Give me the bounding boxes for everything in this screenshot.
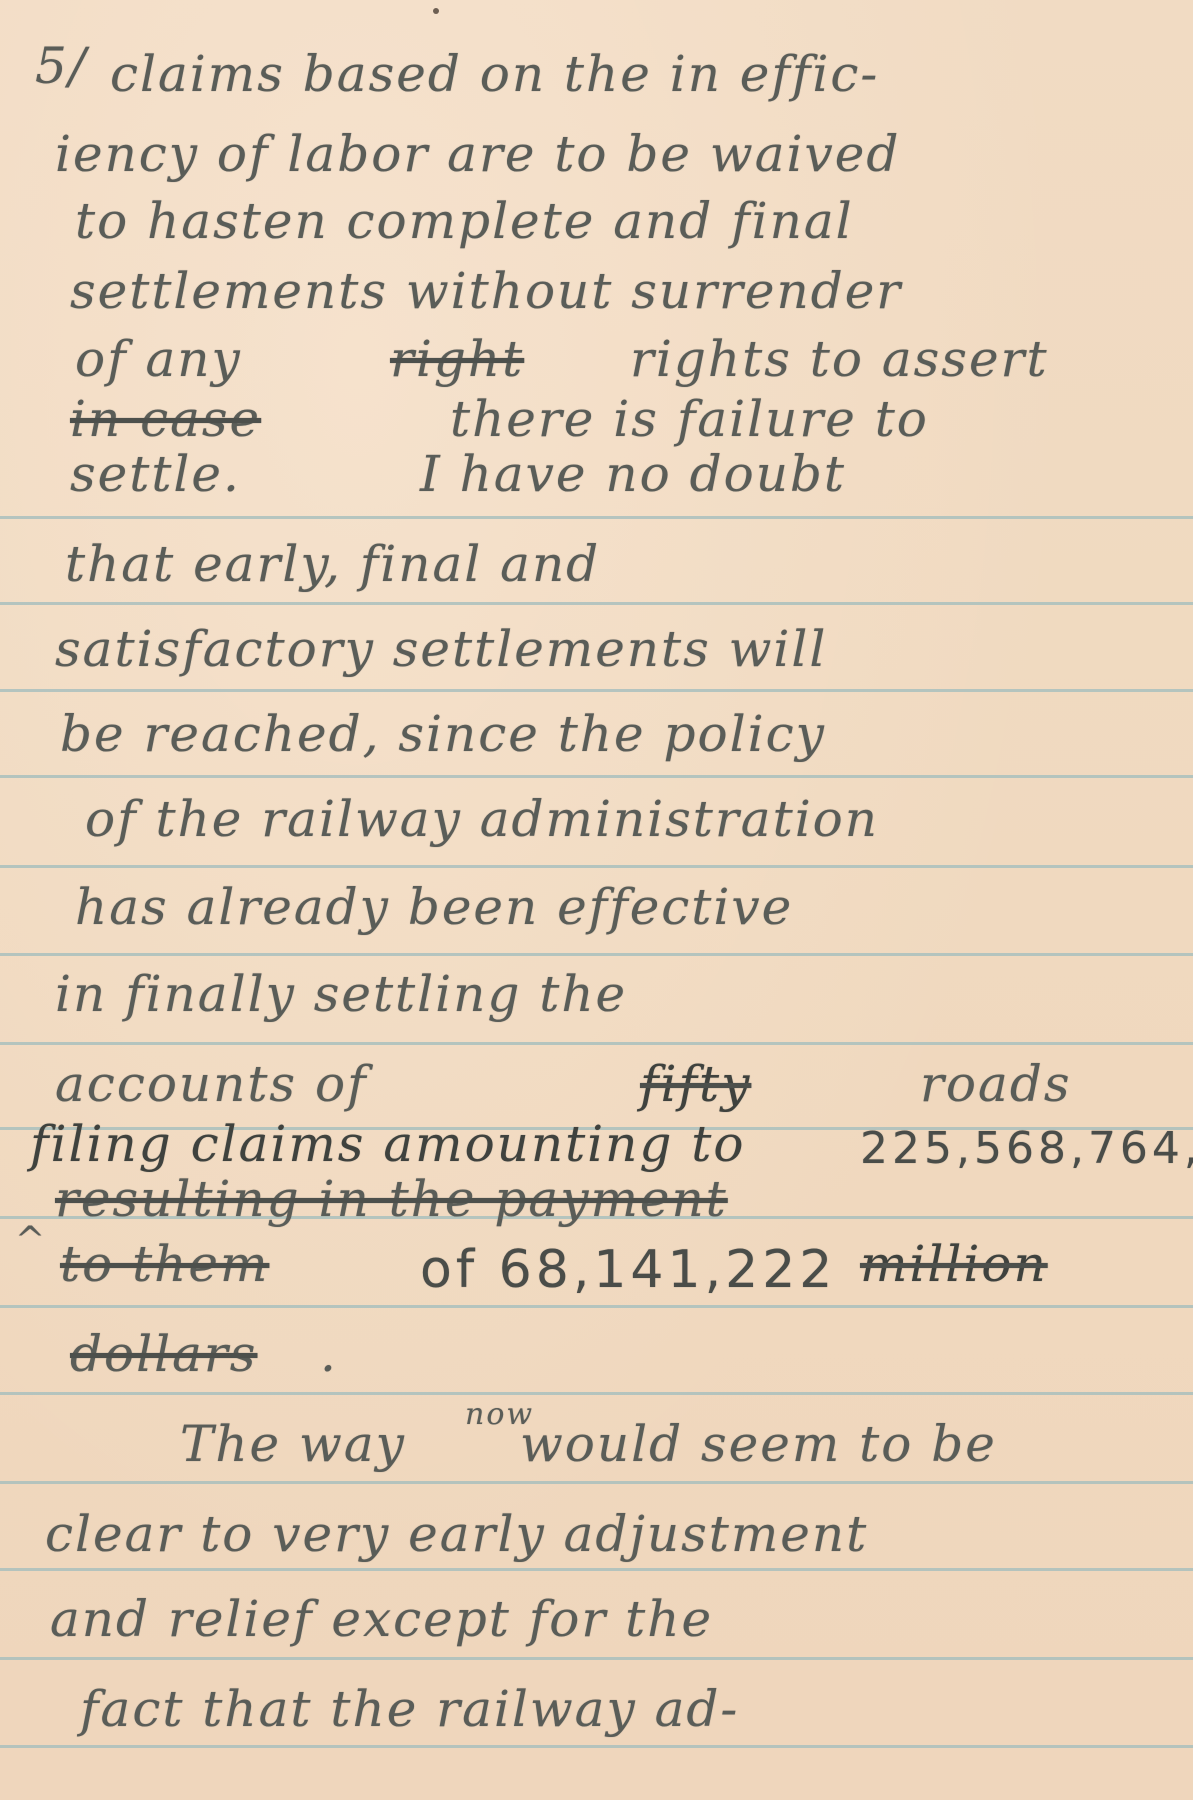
line-text: roads	[920, 1055, 1071, 1113]
line-text: rights to assert	[630, 330, 1049, 388]
struck-text: resulting in the payment	[55, 1170, 728, 1228]
line-text: satisfactory settlements will	[55, 620, 827, 678]
line-text: of the railway administration	[85, 790, 879, 848]
struck-text: million	[860, 1235, 1048, 1293]
line-text: be reached, since the policy	[60, 705, 826, 763]
manuscript-page: 5/ claims based on the in effic- iency o…	[0, 0, 1193, 1800]
struck-text: fifty	[640, 1055, 751, 1113]
line-text: and relief except for the	[50, 1590, 713, 1648]
payment-amount: of 68,141,222	[420, 1240, 836, 1300]
line-text: .	[320, 1325, 338, 1383]
line-text: to hasten complete and final	[75, 192, 854, 250]
line-text: settlements without surrender	[70, 262, 902, 320]
ruled-line	[0, 602, 1193, 605]
ruled-line	[0, 516, 1193, 519]
line-text: I have no doubt	[420, 445, 846, 503]
line-text: clear to very early adjustment	[45, 1505, 868, 1563]
ruled-line	[0, 1745, 1193, 1748]
line-text: filing claims amounting to	[30, 1115, 745, 1173]
claims-amount: 225,568,764,	[860, 1123, 1193, 1174]
ruled-line	[0, 1392, 1193, 1395]
line-text: in finally settling the	[55, 965, 627, 1023]
struck-text: in case	[70, 390, 261, 448]
ruled-line	[0, 689, 1193, 692]
line-text: fact that the railway ad-	[80, 1680, 739, 1738]
ruled-line	[0, 865, 1193, 868]
ruled-line	[0, 1657, 1193, 1660]
struck-text: to them	[60, 1235, 269, 1293]
struck-text: right	[390, 330, 524, 388]
line-text: that early, final and	[65, 535, 600, 593]
line-text: has already been effective	[75, 878, 793, 936]
line-text: claims based on the in effic-	[110, 45, 879, 103]
line-text: iency of labor are to be waived	[55, 125, 900, 183]
ruled-line	[0, 1481, 1193, 1484]
ruled-line	[0, 775, 1193, 778]
ruled-line	[0, 953, 1193, 956]
line-text: settle.	[70, 445, 241, 503]
paper-speck	[433, 8, 439, 14]
ruled-line	[0, 1568, 1193, 1571]
struck-text: dollars	[70, 1325, 257, 1383]
page-number-mark: 5/	[35, 37, 88, 95]
line-text: The way	[180, 1415, 406, 1473]
line-text: would seem to be	[520, 1415, 997, 1473]
line-text: accounts of	[55, 1055, 368, 1113]
ruled-line	[0, 1042, 1193, 1045]
ruled-line	[0, 1305, 1193, 1308]
line-text: of any	[75, 330, 242, 388]
caret-insertion-mark: ^	[15, 1220, 47, 1261]
line-text: there is failure to	[450, 390, 929, 448]
